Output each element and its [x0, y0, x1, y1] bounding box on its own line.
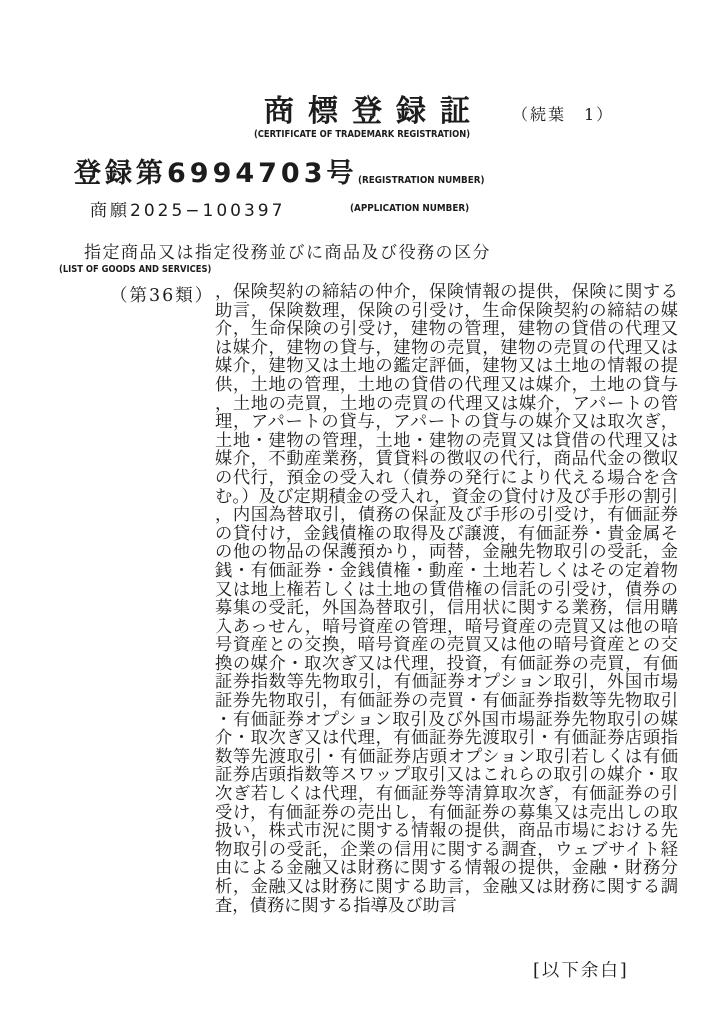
continuation-sheet-label: （続葉 1）: [512, 102, 614, 125]
trademark-certificate-page: 商標登録証 （続葉 1） (CERTIFICATE OF TRADEMARK R…: [0, 0, 724, 1024]
registration-number-row: 登録第6994703号 (REGISTRATION NUMBER): [74, 151, 501, 190]
registration-number-english-label: (REGISTRATION NUMBER): [358, 175, 485, 190]
goods-section-heading-english: (LIST OF GOODS AND SERVICES): [59, 264, 211, 275]
remainder-blank-note: [以下余白]: [533, 957, 629, 982]
application-number: 商願2025−100397: [90, 201, 285, 221]
application-number-english-label: (APPLICATION NUMBER): [350, 203, 469, 214]
class-number-label: （第36類）: [110, 282, 214, 307]
services-list-text: ，保険契約の締結の仲介，保険情報の提供，保険に関する助言，保険数理，保険の引受け…: [215, 283, 678, 915]
goods-section-heading: 指定商品又は指定役務並びに商品及び役務の区分: [84, 238, 491, 263]
page-title-english: (CERTIFICATE OF TRADEMARK REGISTRATION): [254, 129, 470, 140]
page-title: 商標登録証: [264, 86, 484, 130]
registration-number: 登録第6994703号: [74, 151, 358, 190]
application-number-row: 商願2025−100397 (APPLICATION NUMBER): [90, 196, 650, 221]
